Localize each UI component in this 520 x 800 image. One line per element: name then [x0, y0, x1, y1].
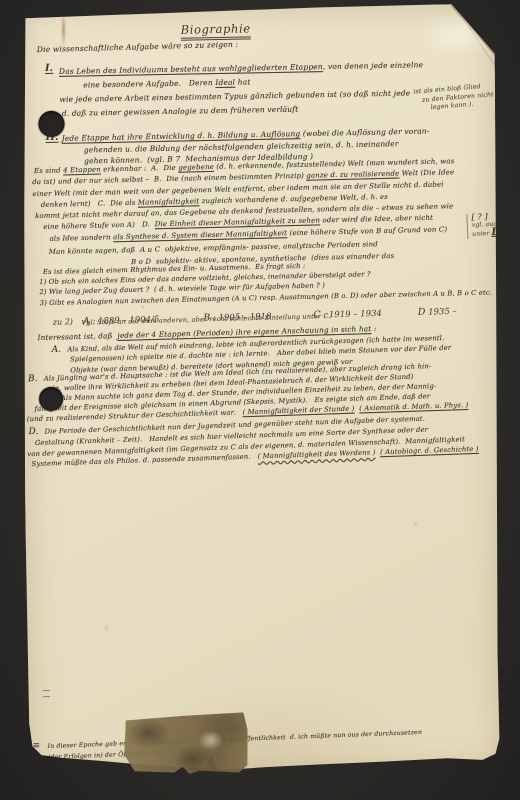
margin-note: ist als ein bloß Glied zu den Faktoren n…	[413, 80, 520, 114]
manuscript-paper: Biographie Die wissenschaftliche Aufgabe…	[20, 4, 501, 775]
tape-fragment	[123, 712, 249, 775]
margin-note-word: unter	[472, 230, 490, 238]
margin-note-line: unter D	[472, 228, 501, 238]
scanned-manuscript-screenshot: Biographie Die wissenschaftliche Aufgabe…	[0, 0, 520, 800]
title-text: Biographie	[181, 21, 251, 40]
margin-letter-d: D	[491, 227, 500, 238]
period-d-label: D	[418, 307, 426, 318]
section-i: Das Leben des Individuums besteht aus wo…	[59, 58, 424, 121]
etappen-paragraph: Es sind 4 Etappen erkennbar : A. Die geg…	[32, 156, 456, 245]
period-c-range: : 1919 – 1934	[323, 309, 382, 321]
period-d-range: 1935 –	[428, 307, 457, 318]
period-d: D 1935 –	[418, 307, 457, 318]
dates-prefix: zu 2)	[53, 317, 73, 327]
fold-crease	[451, 5, 496, 55]
margin-note-etappen: [ ? ] vgl. auch unter D	[466, 213, 501, 239]
intro-line: Die wissenschaftliche Aufgabe wäre so zu…	[37, 40, 239, 54]
hole-punch-top	[38, 111, 64, 137]
handwritten-line: Die wissenschaftliche Aufgabe wäre so zu…	[37, 40, 239, 54]
page-title: Biographie	[180, 17, 250, 37]
section-i-numeral: I.	[45, 63, 53, 74]
pencil-mark	[43, 690, 50, 697]
footnote-marker: ≡	[32, 741, 40, 751]
hole-punch-bottom	[39, 387, 63, 411]
